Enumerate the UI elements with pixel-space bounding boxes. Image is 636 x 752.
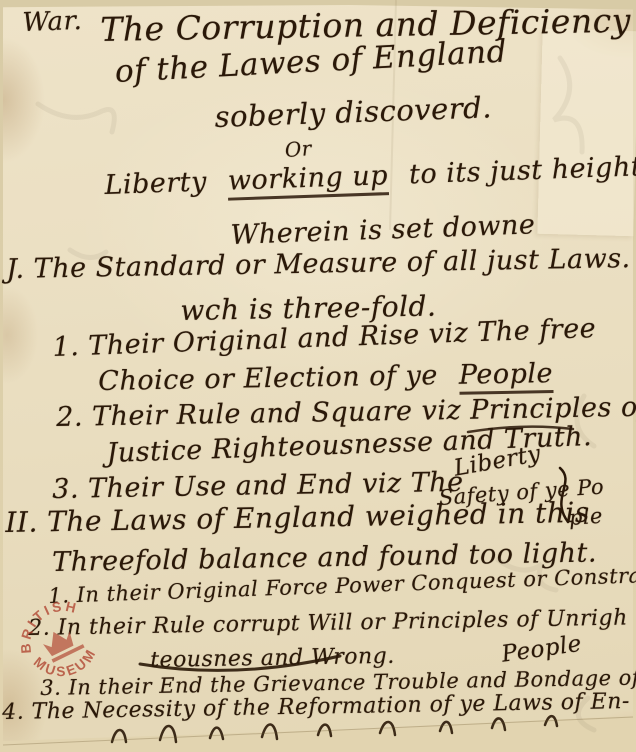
subtitle-word-liberty: Liberty — [104, 166, 207, 201]
item-2-sub-2-line-2: teousnes and Wrong. — [150, 644, 395, 673]
choice-election-text: Choice or Election of ye — [98, 360, 438, 397]
subtitle-word-working-up: working up — [227, 160, 388, 201]
people-underlined: People — [459, 358, 554, 395]
author-margin-note: War. — [22, 6, 83, 38]
item-1-sub-1-line-2: Choice or Election of ye People — [98, 358, 553, 397]
paste-patch — [537, 29, 636, 236]
stamp-crown-icon — [40, 623, 84, 664]
interlinear-insert-or: Or — [284, 136, 313, 162]
manuscript-page: War. The Corruption and Deficiency of th… — [0, 0, 636, 752]
